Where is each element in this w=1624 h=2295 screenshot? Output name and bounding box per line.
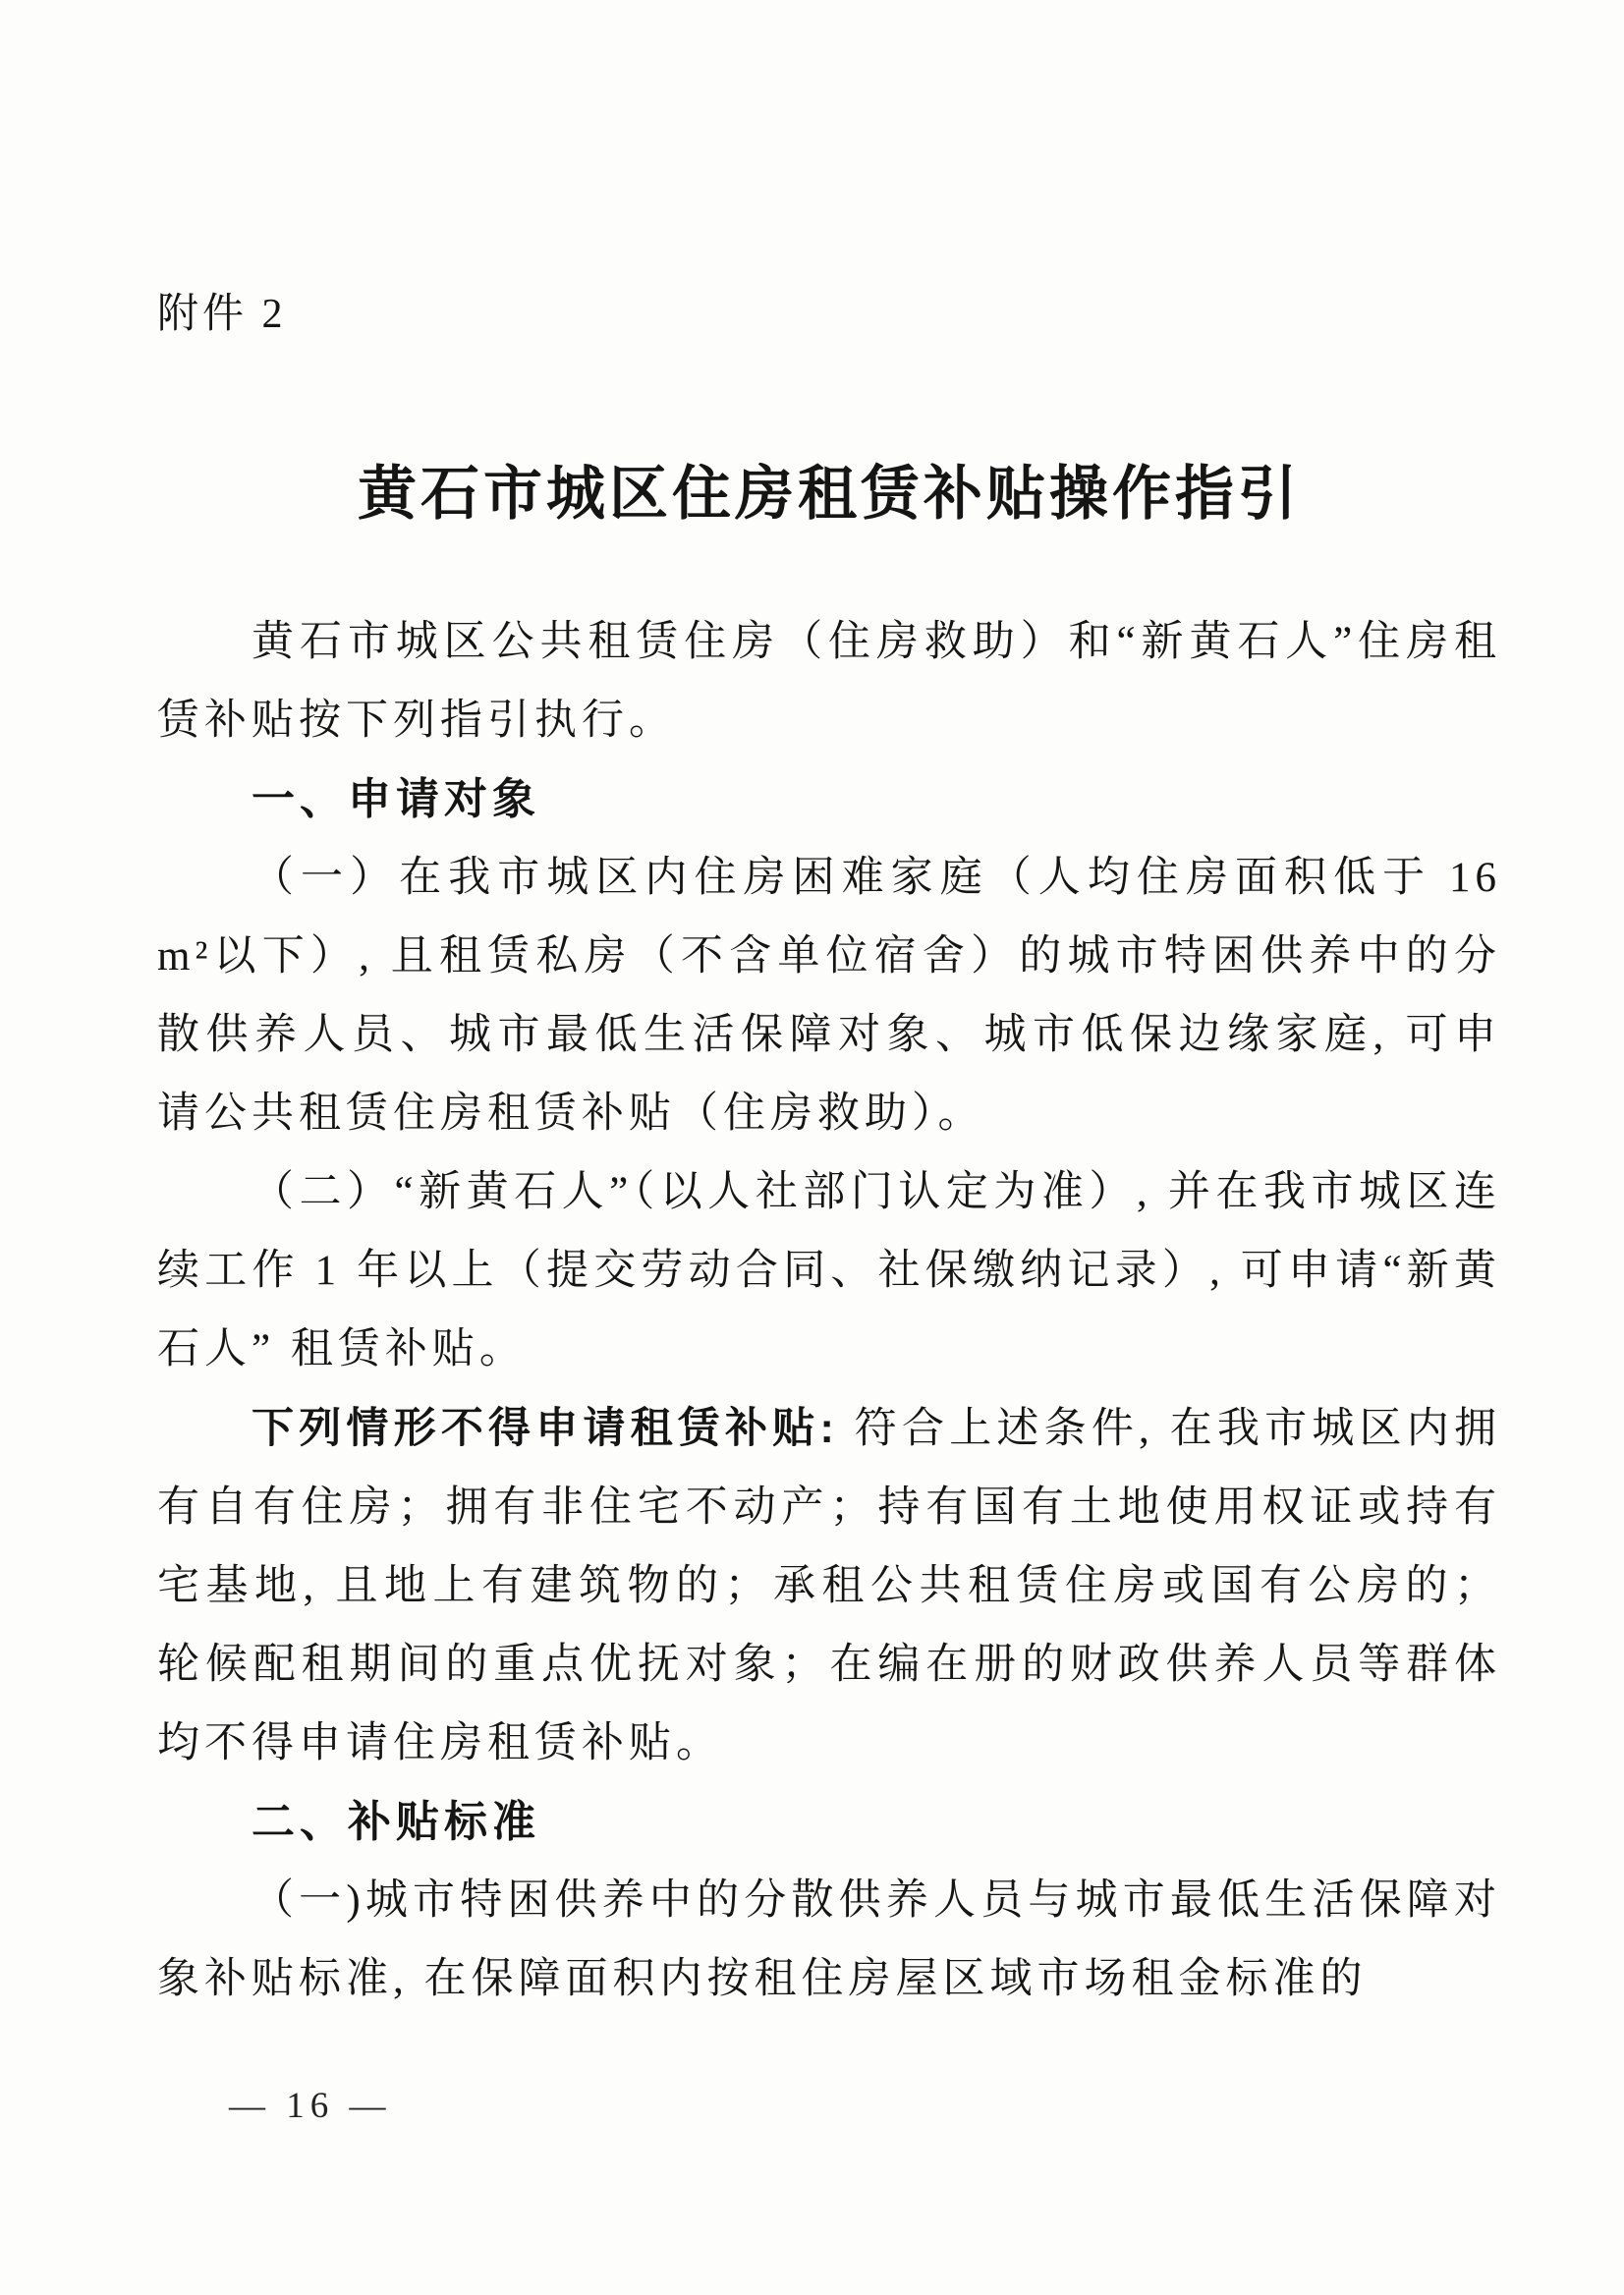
section-2-heading: 二、补贴标准	[157, 1783, 1501, 1862]
page-title: 黄石市城区住房租赁补贴操作指引	[157, 454, 1501, 534]
section-1-note: 下列情形不得申请租赁补贴: 符合上述条件, 在我市城区内拥有自有住房；拥有非住宅…	[157, 1389, 1501, 1783]
section-1-item-2: （二）“新黄石人”（以人社部门认定为准）, 并在我市城区连续工作 1 年以上（提…	[157, 1153, 1501, 1389]
intro-paragraph: 黄石市城区公共租赁住房（住房救助）和“新黄石人”住房租赁补贴按下列指引执行。	[157, 603, 1501, 760]
page-number: — 16 —	[229, 2085, 392, 2128]
note-lead-bold: 下列情形不得申请租赁补贴:	[252, 1405, 839, 1452]
section-2-item-1: （一)城市特困供养中的分散供养人员与城市最低生活保障对象补贴标准, 在保障面积内…	[157, 1862, 1501, 2019]
section-1-item-1: （一）在我市城区内住房困难家庭（人均住房面积低于 16 m²以下）, 且租赁私房…	[157, 839, 1501, 1153]
attachment-label: 附件 2	[157, 285, 1501, 344]
document-page: 附件 2 黄石市城区住房租赁补贴操作指引 黄石市城区公共租赁住房（住房救助）和“…	[0, 0, 1624, 2295]
document-body: 黄石市城区公共租赁住房（住房救助）和“新黄石人”住房租赁补贴按下列指引执行。 一…	[157, 603, 1501, 2019]
note-rest: 符合上述条件, 在我市城区内拥有自有住房；拥有非住宅不动产；持有国有土地使用权证…	[157, 1406, 1501, 1766]
section-1-heading: 一、申请对象	[157, 760, 1501, 839]
